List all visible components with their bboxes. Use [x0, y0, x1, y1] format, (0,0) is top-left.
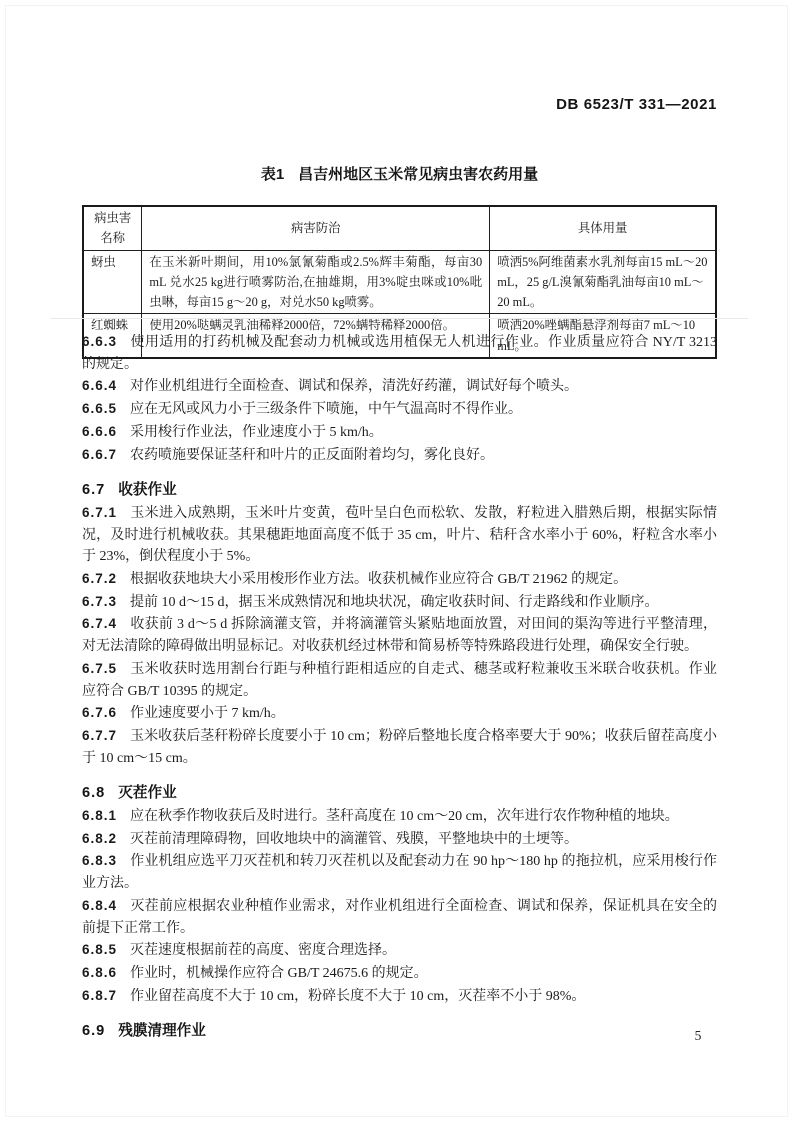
column-header-prevention: 病害防治 — [142, 206, 490, 250]
clause-number: 6.6.7 — [82, 447, 117, 462]
table-row: 蚜虫 在玉米新叶期间，用10%氯氰菊酯或2.5%辉丰菊酯，每亩30 mL 兑水2… — [83, 250, 716, 314]
document-body: 6.6.3使用适用的打药机械及配套动力机械或选用植保无人机进行作业。作业质量应符… — [82, 331, 717, 1043]
clause-number: 6.7.1 — [82, 505, 117, 520]
clause-number: 6.8.1 — [82, 808, 117, 823]
pest-name-cell: 蚜虫 — [83, 250, 142, 314]
clause-number: 6.8.2 — [82, 831, 117, 846]
column-header-dosage: 具体用量 — [490, 206, 716, 250]
heading-number: 6.9 — [82, 1023, 105, 1039]
section-heading-6-8: 6.8灭茬作业 — [82, 783, 717, 805]
clause-6-8-7: 6.8.7作业留茬高度不大于 10 cm，粉碎长度不大于 10 cm，灭茬率不小… — [82, 985, 717, 1008]
clause-number: 6.8.5 — [82, 942, 117, 957]
heading-number: 6.7 — [82, 482, 105, 498]
section-heading-6-9: 6.9残膜清理作业 — [82, 1021, 717, 1043]
section-heading-6-7: 6.7收获作业 — [82, 480, 717, 502]
clause-6-7-1: 6.7.1玉米进入成熟期，玉米叶片变黄，苞叶呈白色而松软、发散，籽粒进入腊熟后期… — [82, 502, 717, 568]
clause-text: 作业机组应选平刀灭茬机和转刀灭茬机以及配套动力在 90 hp～180 hp 的拖… — [82, 854, 717, 891]
table-caption-prefix: 表1 — [261, 166, 284, 183]
clause-number: 6.6.6 — [82, 424, 117, 439]
clause-text: 农药喷施要保证茎秆和叶片的正反面附着均匀，雾化良好。 — [130, 448, 494, 463]
clause-text: 收获前 3 d～5 d 拆除滴灌支管，并将滴灌管头紧贴地面放置，对田间的渠沟等进… — [82, 617, 717, 654]
clause-number: 6.8.6 — [82, 965, 117, 980]
clause-text: 根据收获地块大小采用梭形作业方法。收获机械作业应符合 GB/T 21962 的规… — [130, 572, 627, 587]
clause-text: 作业时，机械操作应符合 GB/T 24675.6 的规定。 — [130, 966, 428, 981]
clause-text: 作业速度要小于 7 km/h。 — [130, 706, 285, 721]
clause-number: 6.7.2 — [82, 571, 117, 586]
clause-number: 6.8.7 — [82, 988, 117, 1003]
clause-number: 6.8.4 — [82, 898, 117, 913]
clause-number: 6.8.3 — [82, 853, 117, 868]
clause-text: 玉米进入成熟期，玉米叶片变黄，苞叶呈白色而松软、发散，籽粒进入腊熟后期，根据实际… — [82, 506, 717, 564]
clause-6-6-6: 6.6.6采用梭行作业法，作业速度小于 5 km/h。 — [82, 421, 717, 444]
clause-number: 6.6.5 — [82, 401, 117, 416]
clause-6-7-2: 6.7.2根据收获地块大小采用梭形作业方法。收获机械作业应符合 GB/T 219… — [82, 568, 717, 591]
clause-6-7-5: 6.7.5玉米收获时选用割台行距与种植行距相适应的自走式、穗茎或籽粒兼收玉米联合… — [82, 658, 717, 702]
clause-number: 6.7.3 — [82, 594, 117, 609]
prevention-cell: 在玉米新叶期间，用10%氯氰菊酯或2.5%辉丰菊酯，每亩30 mL 兑水25 k… — [142, 250, 490, 314]
clause-text: 灭茬前应根据农业种植作业需求，对作业机组进行全面检查、调试和保养，保证机具在安全… — [82, 899, 717, 936]
clause-6-8-1: 6.8.1应在秋季作物收获后及时进行。茎秆高度在 10 cm～20 cm，次年进… — [82, 805, 717, 828]
clause-number: 6.7.7 — [82, 728, 117, 743]
clause-6-6-5: 6.6.5应在无风或风力小于三级条件下喷施，中午气温高时不得作业。 — [82, 398, 717, 421]
table-caption: 表1昌吉州地区玉米常见病虫害农药用量 — [82, 163, 717, 184]
clause-text: 应在秋季作物收获后及时进行。茎秆高度在 10 cm～20 cm，次年进行农作物种… — [130, 809, 679, 824]
clause-text: 灭茬前清理障碍物，回收地块中的滴灌管、残膜，平整地块中的土埂等。 — [130, 832, 578, 847]
clause-number: 6.6.3 — [82, 334, 117, 349]
table-caption-text: 昌吉州地区玉米常见病虫害农药用量 — [298, 166, 538, 183]
heading-number: 6.8 — [82, 785, 105, 801]
clause-6-8-3: 6.8.3作业机组应选平刀灭茬机和转刀灭茬机以及配套动力在 90 hp～180 … — [82, 850, 717, 894]
clause-number: 6.6.4 — [82, 378, 117, 393]
clause-6-7-4: 6.7.4收获前 3 d～5 d 拆除滴灌支管，并将滴灌管头紧贴地面放置，对田间… — [82, 613, 717, 657]
clause-6-7-7: 6.7.7玉米收获后茎秆粉碎长度要小于 10 cm；粉碎后整地长度合格率要大于 … — [82, 725, 717, 769]
table-header-row: 病虫害名称 病害防治 具体用量 — [83, 206, 716, 250]
clause-number: 6.7.6 — [82, 705, 117, 720]
clause-6-6-3: 6.6.3使用适用的打药机械及配套动力机械或选用植保无人机进行作业。作业质量应符… — [82, 331, 717, 375]
clause-6-8-5: 6.8.5灭茬速度根据前茬的高度、密度合理选择。 — [82, 939, 717, 962]
clause-number: 6.7.5 — [82, 661, 117, 676]
clause-6-7-6: 6.7.6作业速度要小于 7 km/h。 — [82, 702, 717, 725]
clause-text: 使用适用的打药机械及配套动力机械或选用植保无人机进行作业。作业质量应符合 NY/… — [82, 335, 717, 372]
document-page: DB 6523/T 331—2021 表1昌吉州地区玉米常见病虫害农药用量 病虫… — [0, 0, 793, 1122]
clause-number: 6.7.4 — [82, 616, 117, 631]
clause-6-6-4: 6.6.4对作业机组进行全面检查、调试和保养，清洗好药灌，调试好每个喷头。 — [82, 375, 717, 398]
clause-6-7-3: 6.7.3提前 10 d～15 d，据玉米成熟情况和地块状况，确定收获时间、行走… — [82, 591, 717, 614]
clause-text: 作业留茬高度不大于 10 cm，粉碎长度不大于 10 cm，灭茬率不小于 98%… — [130, 989, 585, 1004]
clause-6-6-7: 6.6.7农药喷施要保证茎秆和叶片的正反面附着均匀，雾化良好。 — [82, 444, 717, 467]
clause-6-8-4: 6.8.4灭茬前应根据农业种植作业需求，对作业机组进行全面检查、调试和保养，保证… — [82, 895, 717, 939]
clause-text: 灭茬速度根据前茬的高度、密度合理选择。 — [130, 943, 396, 958]
clause-6-8-2: 6.8.2灭茬前清理障碍物，回收地块中的滴灌管、残膜，平整地块中的土埂等。 — [82, 828, 717, 851]
clause-6-8-6: 6.8.6作业时，机械操作应符合 GB/T 24675.6 的规定。 — [82, 962, 717, 985]
heading-text: 残膜清理作业 — [118, 1023, 206, 1039]
clause-text: 玉米收获时选用割台行距与种植行距相适应的自走式、穗茎或籽粒兼收玉米联合收获机。作… — [82, 662, 717, 699]
clause-text: 对作业机组进行全面检查、调试和保养，清洗好药灌，调试好每个喷头。 — [130, 379, 578, 394]
page-number: 5 — [688, 1028, 708, 1044]
heading-text: 灭茬作业 — [118, 785, 176, 801]
clause-text: 提前 10 d～15 d，据玉米成熟情况和地块状况，确定收获时间、行走路线和作业… — [130, 595, 659, 610]
clause-text: 应在无风或风力小于三级条件下喷施，中午气温高时不得作业。 — [130, 402, 522, 417]
standard-doc-number: DB 6523/T 331—2021 — [556, 96, 717, 113]
heading-text: 收获作业 — [118, 482, 176, 498]
dosage-cell: 喷洒5%阿维菌素水乳剂每亩15 mL～20 mL，25 g/L溴氰菊酯乳油每亩1… — [490, 250, 716, 314]
column-header-pest-name: 病虫害名称 — [83, 206, 142, 250]
clause-text: 玉米收获后茎秆粉碎长度要小于 10 cm；粉碎后整地长度合格率要大于 90%；收… — [82, 729, 717, 766]
clause-text: 采用梭行作业法，作业速度小于 5 km/h。 — [130, 425, 383, 440]
scan-artifact-line — [50, 318, 748, 319]
